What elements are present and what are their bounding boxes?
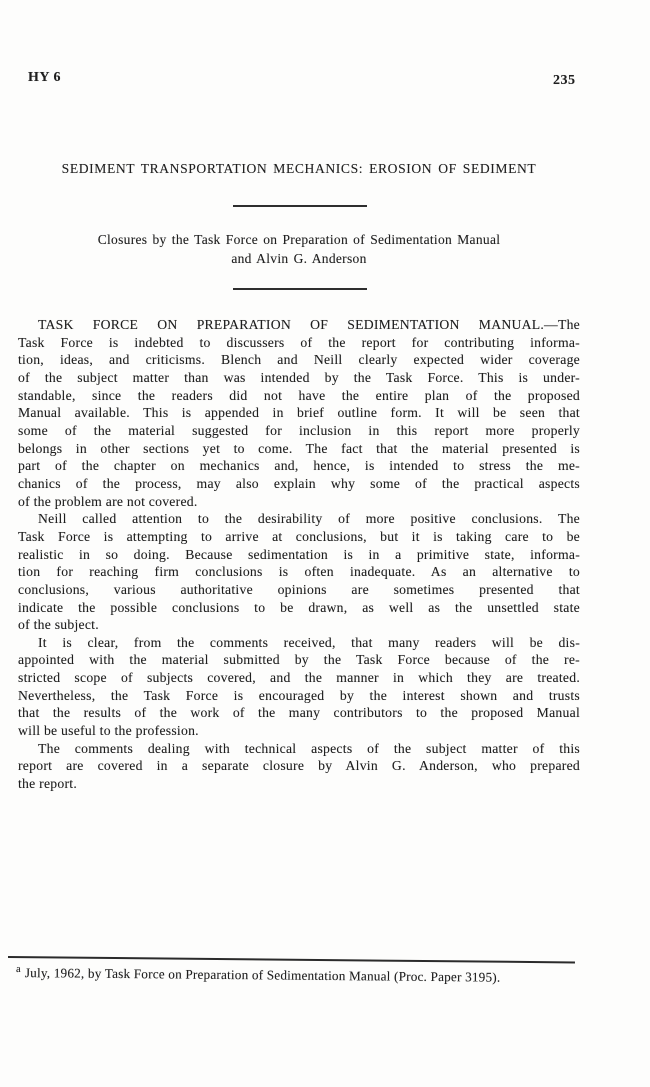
body-line: Nevertheless, the Task Force is encourag… xyxy=(18,687,580,705)
body-line: of the subject. xyxy=(18,616,580,634)
paragraph: Neill called attention to the desirabili… xyxy=(18,510,580,634)
body-line: standable, since the readers did not hav… xyxy=(18,387,580,405)
byline: Closures by the Task Force on Preparatio… xyxy=(18,230,580,268)
body-line: of the subject matter than was intended … xyxy=(18,369,580,387)
body-line: stricted scope of subjects covered, and … xyxy=(18,669,580,687)
footnote: aJuly, 1962, by Task Force on Preparatio… xyxy=(16,964,591,987)
body-line: TASK FORCE ON PREPARATION OF SEDIMENTATI… xyxy=(18,316,580,334)
body-line: chanics of the process, may also explain… xyxy=(18,475,580,493)
body-line: some of the material suggested for inclu… xyxy=(18,422,580,440)
footnote-marker: a xyxy=(16,964,21,975)
body-line: the report. xyxy=(18,775,580,793)
body-line: indicate the possible conclusions to be … xyxy=(18,599,580,617)
body-line: Manual available. This is appended in br… xyxy=(18,404,580,422)
article-title: SEDIMENT TRANSPORTATION MECHANICS: EROSI… xyxy=(18,161,580,177)
body-paragraphs: TASK FORCE ON PREPARATION OF SEDIMENTATI… xyxy=(18,316,580,793)
paragraph: The comments dealing with technical aspe… xyxy=(18,740,580,793)
page-number: 235 xyxy=(553,73,576,89)
footnote-text: July, 1962, by Task Force on Preparation… xyxy=(25,965,501,985)
title-separator-rule xyxy=(233,205,367,207)
paragraph: It is clear, from the comments received,… xyxy=(18,634,580,740)
body-line: The comments dealing with technical aspe… xyxy=(18,740,580,758)
byline-line-1: Closures by the Task Force on Preparatio… xyxy=(18,230,580,249)
body-line: will be useful to the profession. xyxy=(18,722,580,740)
body-line: Task Force is indebted to discussers of … xyxy=(18,334,580,352)
body-line: It is clear, from the comments received,… xyxy=(18,634,580,652)
body-line: tion for reaching firm conclusions is of… xyxy=(18,563,580,581)
body-line: Neill called attention to the desirabili… xyxy=(18,510,580,528)
body-line: appointed with the material submitted by… xyxy=(18,651,580,669)
body-line: report are covered in a separate closure… xyxy=(18,757,580,775)
body-line: tion, ideas, and criticisms. Blench and … xyxy=(18,351,580,369)
body-line: realistic in so doing. Because sedimenta… xyxy=(18,546,580,564)
scanned-journal-page: HY 6 235 SEDIMENT TRANSPORTATION MECHANI… xyxy=(0,0,650,1087)
body-line: belongs in other sections yet to come. T… xyxy=(18,440,580,458)
footnote-separator-rule xyxy=(8,956,575,963)
byline-line-2: and Alvin G. Anderson xyxy=(18,249,580,268)
body-line: of the problem are not covered. xyxy=(18,493,580,511)
body-line: part of the chapter on mechanics and, he… xyxy=(18,457,580,475)
body-line: conclusions, various authoritative opini… xyxy=(18,581,580,599)
body-line: Task Force is attempting to arrive at co… xyxy=(18,528,580,546)
body-line: that the results of the work of the many… xyxy=(18,704,580,722)
paragraph: TASK FORCE ON PREPARATION OF SEDIMENTATI… xyxy=(18,316,580,510)
running-head-journal-code: HY 6 xyxy=(28,70,61,86)
byline-separator-rule xyxy=(233,288,367,290)
